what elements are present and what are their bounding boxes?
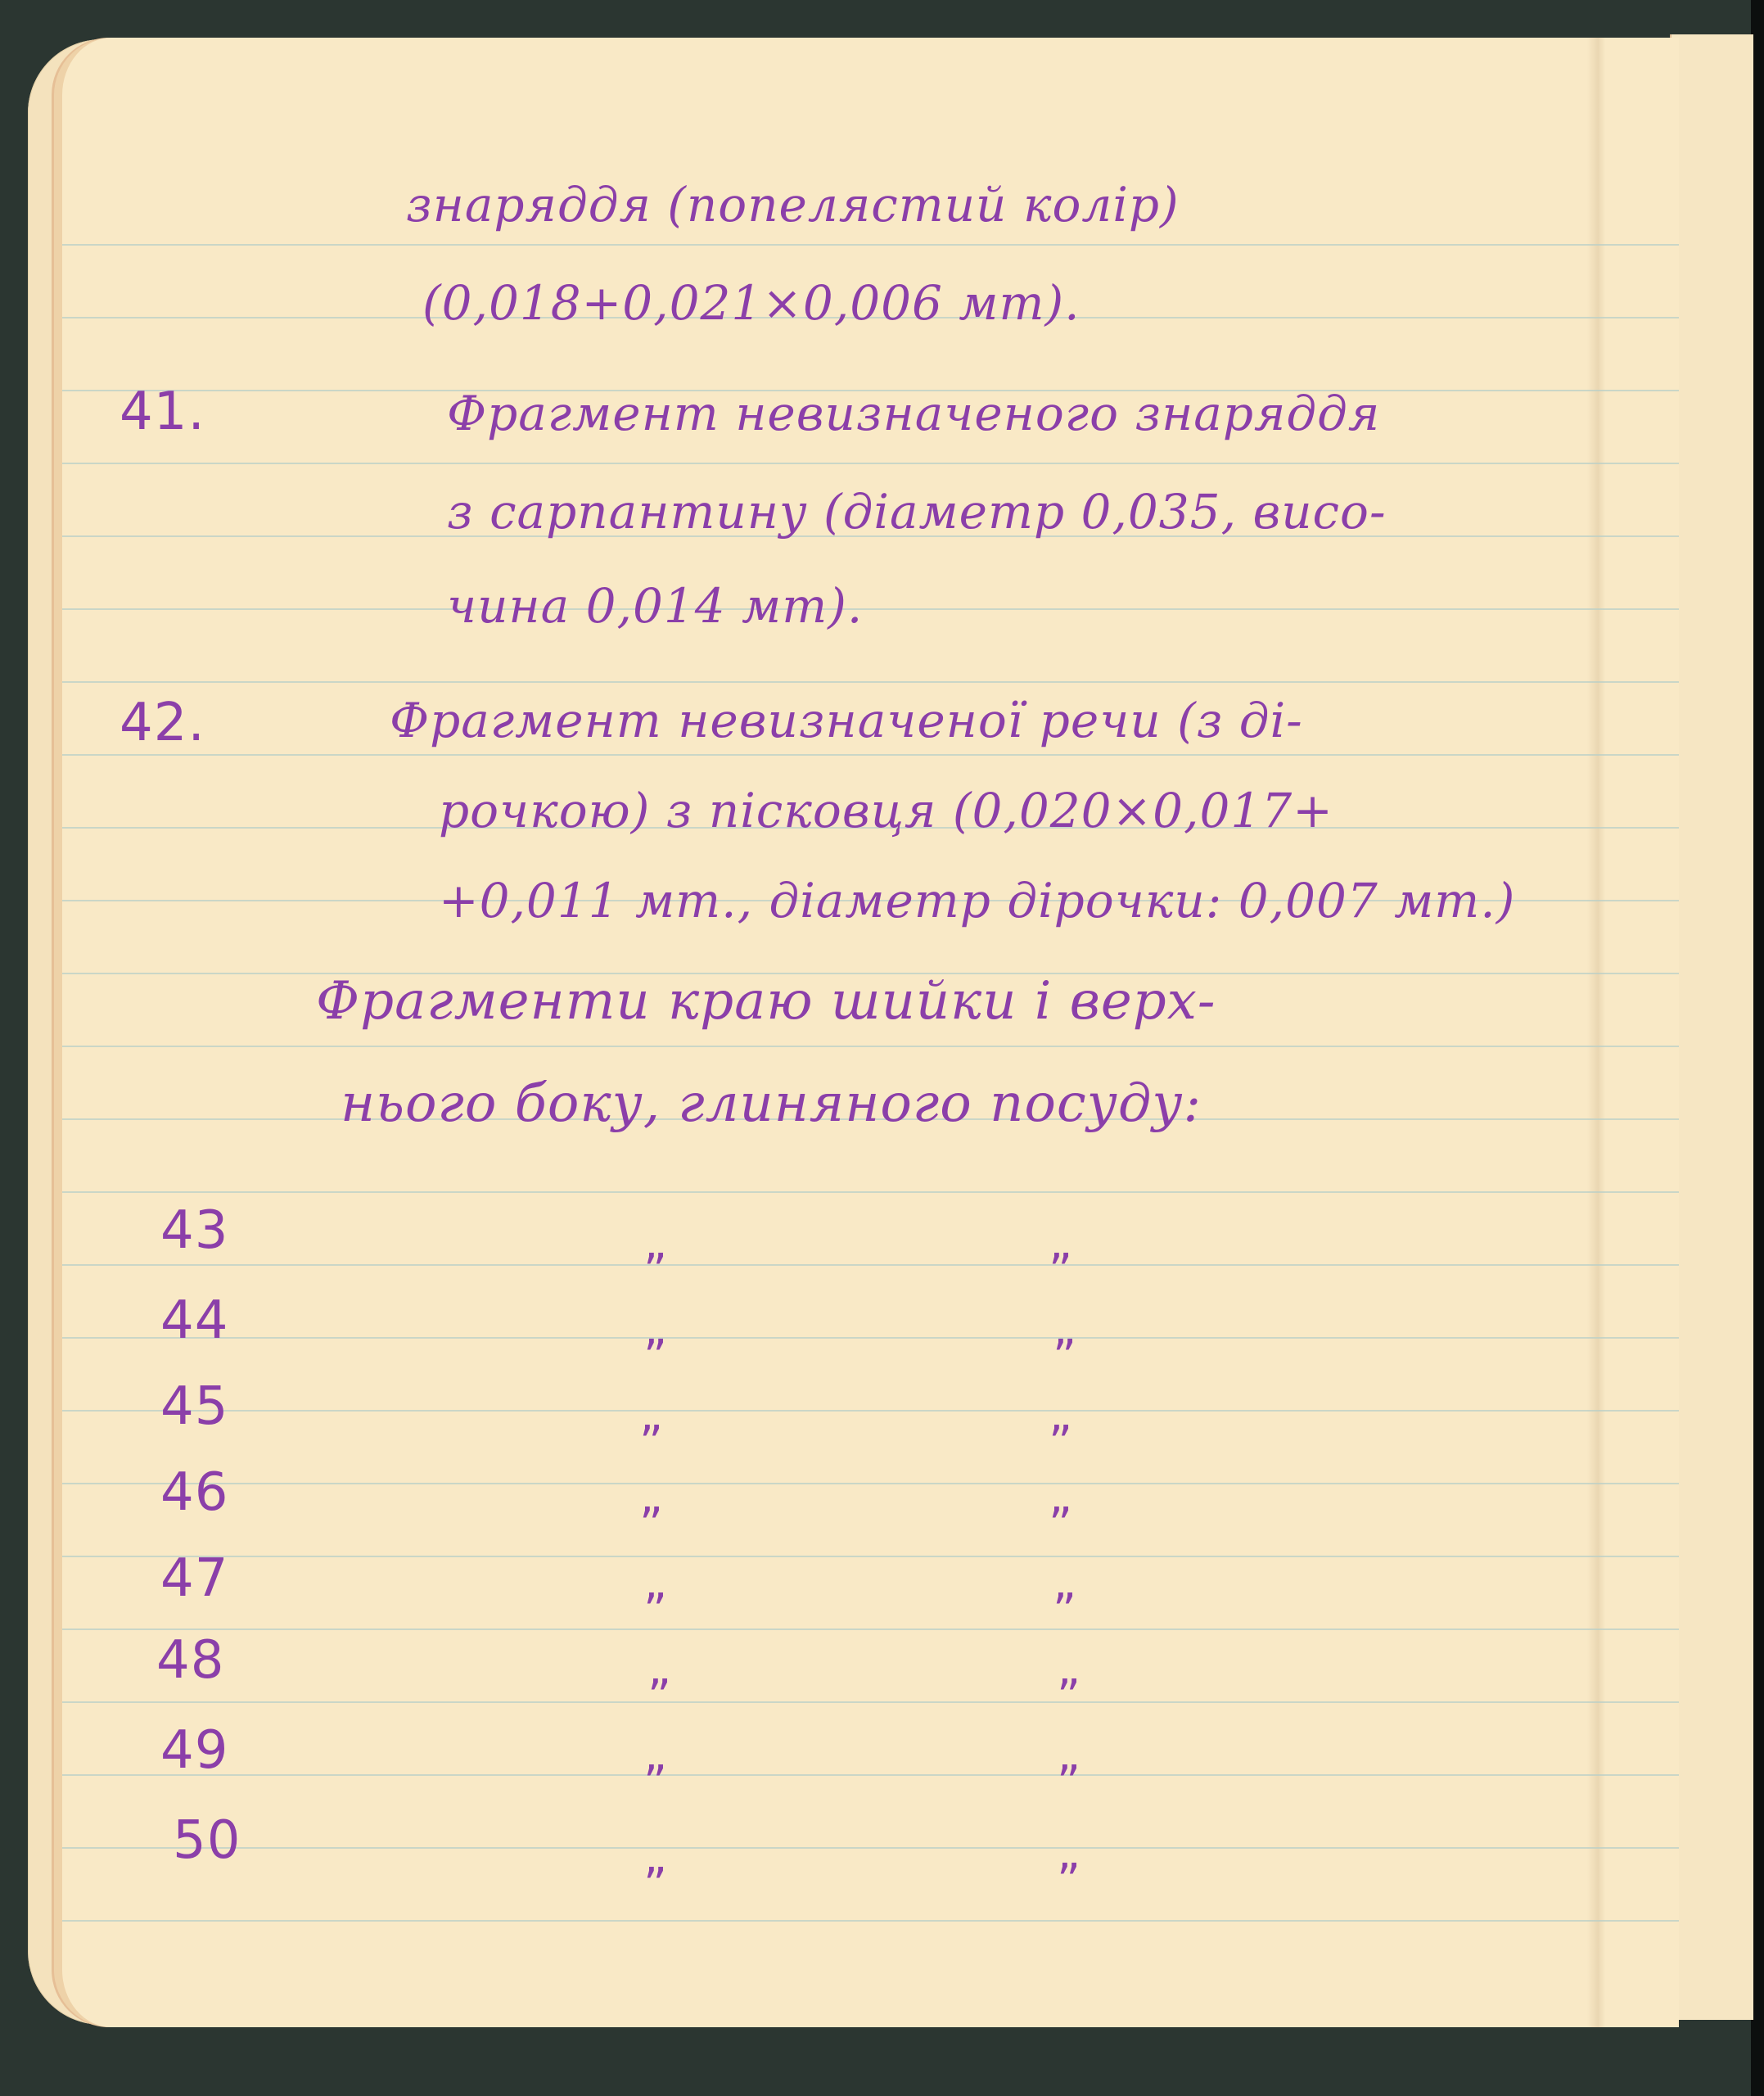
facing-page-edge [1670, 34, 1753, 2020]
entry-number: 50 [173, 1810, 241, 1871]
ruled-line [62, 1410, 1679, 1412]
ruled-line [62, 754, 1679, 756]
ruled-line [62, 1774, 1679, 1776]
entry-line: рочкою) з пісковця (0,020×0,017+ [439, 783, 1333, 838]
ditto-mark: „ [1057, 1827, 1081, 1880]
ruled-line [62, 1046, 1679, 1047]
continuation-line-2: (0,018+0,021×0,006 мт). [422, 275, 1081, 331]
ruled-line [62, 1264, 1679, 1266]
ditto-mark: „ [1057, 1642, 1081, 1696]
entry-number: 44 [160, 1290, 228, 1351]
ruled-line [62, 1191, 1679, 1193]
entry-number: 41. [120, 382, 205, 442]
ditto-mark: „ [639, 1470, 664, 1524]
ruled-line [62, 1847, 1679, 1849]
ditto-mark: „ [1053, 1303, 1077, 1356]
entry-line: з сарпантину (діаметр 0,035, висо- [447, 484, 1387, 540]
entry-number: 42. [120, 693, 205, 753]
ditto-mark: „ [643, 1556, 668, 1610]
ruled-line [62, 1483, 1679, 1484]
ruled-line [62, 681, 1679, 683]
entry-number: 48 [156, 1630, 224, 1691]
entry-number: 46 [160, 1462, 228, 1523]
entry-line: +0,011 мт., діаметр дірочки: 0,007 мт.) [439, 873, 1515, 928]
entry-number: 43 [160, 1200, 228, 1261]
ruled-line [62, 1920, 1679, 1922]
ditto-mark: „ [1049, 1470, 1073, 1524]
ditto-mark: „ [1049, 1389, 1073, 1442]
entry-number: 47 [160, 1548, 228, 1609]
ditto-mark: „ [643, 1303, 668, 1356]
ditto-mark: „ [1053, 1556, 1077, 1610]
ditto-mark: „ [647, 1642, 672, 1696]
ruled-line [62, 1628, 1679, 1630]
page-crease [1587, 38, 1605, 2027]
ditto-mark: „ [1057, 1728, 1081, 1782]
entry-line: чина 0,014 мт). [447, 578, 863, 634]
ruled-line [62, 1337, 1679, 1339]
entry-number: 45 [160, 1376, 228, 1437]
ruled-line [62, 1701, 1679, 1703]
ruled-line [62, 244, 1679, 246]
continuation-line-1: знаряддя (попелястий колір) [406, 177, 1180, 233]
entry-number: 49 [160, 1720, 228, 1781]
ditto-mark: „ [643, 1831, 668, 1884]
ruled-line [62, 463, 1679, 464]
section-heading-line-2: нього боку, глиняного посуду: [341, 1073, 1202, 1134]
ruled-line [62, 1556, 1679, 1557]
entry-line: Фрагмент невизначеного знаряддя [447, 386, 1380, 441]
ditto-mark: „ [643, 1217, 668, 1270]
section-heading-line-1: Фрагменти краю шийки і верх- [316, 971, 1216, 1032]
ditto-mark: „ [643, 1728, 668, 1782]
ruled-line [62, 608, 1679, 610]
ditto-mark: „ [639, 1389, 664, 1442]
ditto-mark: „ [1049, 1217, 1073, 1270]
entry-line: Фрагмент невизначеної речи (з ді- [390, 693, 1303, 748]
notebook-page: знаряддя (попелястий колір) (0,018+0,021… [54, 38, 1679, 2027]
